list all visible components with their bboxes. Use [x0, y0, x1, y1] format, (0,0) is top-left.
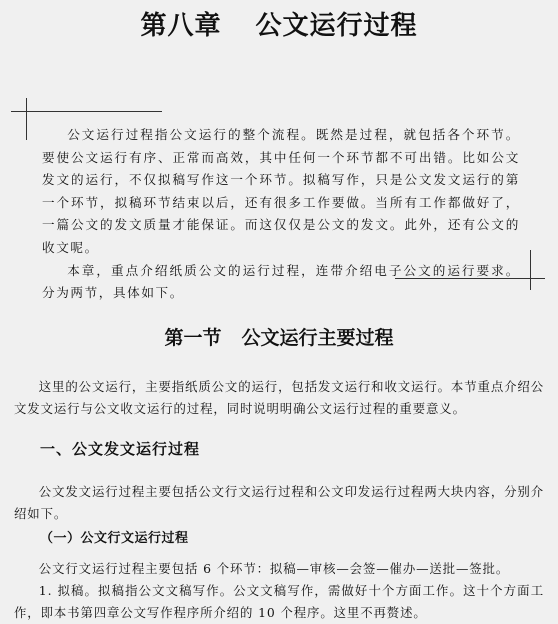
section-title: 第一节公文运行主要过程	[0, 323, 558, 353]
crop-mark-top-left-horizontal	[11, 111, 162, 112]
subsection-heading: 一、公文发文运行过程	[40, 437, 200, 461]
crop-mark-bottom-right-horizontal	[395, 278, 545, 279]
crop-mark-top-left-vertical	[26, 98, 27, 140]
subsection-paragraph: 公文发文运行过程主要包括公文行文运行过程和公文印发运行过程两大块内容，分别介绍如…	[14, 481, 544, 525]
section-number: 第一节	[164, 327, 221, 349]
subsubsection-body: 公文行文运行过程主要包括 6 个环节：拟稿—审核—会签—催办—送批—签批。 1.…	[14, 558, 544, 624]
intro-paragraph: 本章，重点介绍纸质公文的运行过程，连带介绍电子公文的运行要求。分为两节，具体如下…	[42, 260, 520, 305]
section-title-text: 公文运行主要过程	[242, 327, 394, 349]
chapter-number: 第八章	[140, 11, 221, 41]
intro-paragraph: 公文运行过程指公文运行的整个流程。既然是过程，就包括各个环节。要使公文运行有序、…	[42, 124, 520, 260]
subsubsection-paragraph: 1. 拟稿。拟稿指公文文稿写作。公文文稿写作，需做好十个方面工作。这十个方面工作…	[14, 580, 544, 624]
section-intro-paragraph: 这里的公文运行，主要指纸质公文的运行，包括发文运行和收文运行。本节重点介绍公文发…	[14, 376, 544, 420]
subsubsection-paragraph: 公文行文运行过程主要包括 6 个环节：拟稿—审核—会签—催办—送批—签批。	[14, 558, 544, 580]
subsection-body: 公文发文运行过程主要包括公文行文运行过程和公文印发运行过程两大块内容，分别介绍如…	[14, 481, 544, 525]
chapter-title-text: 公文运行过程	[256, 11, 418, 41]
subsubsection-heading: （一）公文行文运行过程	[40, 528, 189, 550]
section-intro: 这里的公文运行，主要指纸质公文的运行，包括发文运行和收文运行。本节重点介绍公文发…	[14, 376, 544, 420]
crop-mark-bottom-right-vertical	[530, 250, 531, 290]
chapter-title: 第八章公文运行过程	[0, 6, 558, 46]
